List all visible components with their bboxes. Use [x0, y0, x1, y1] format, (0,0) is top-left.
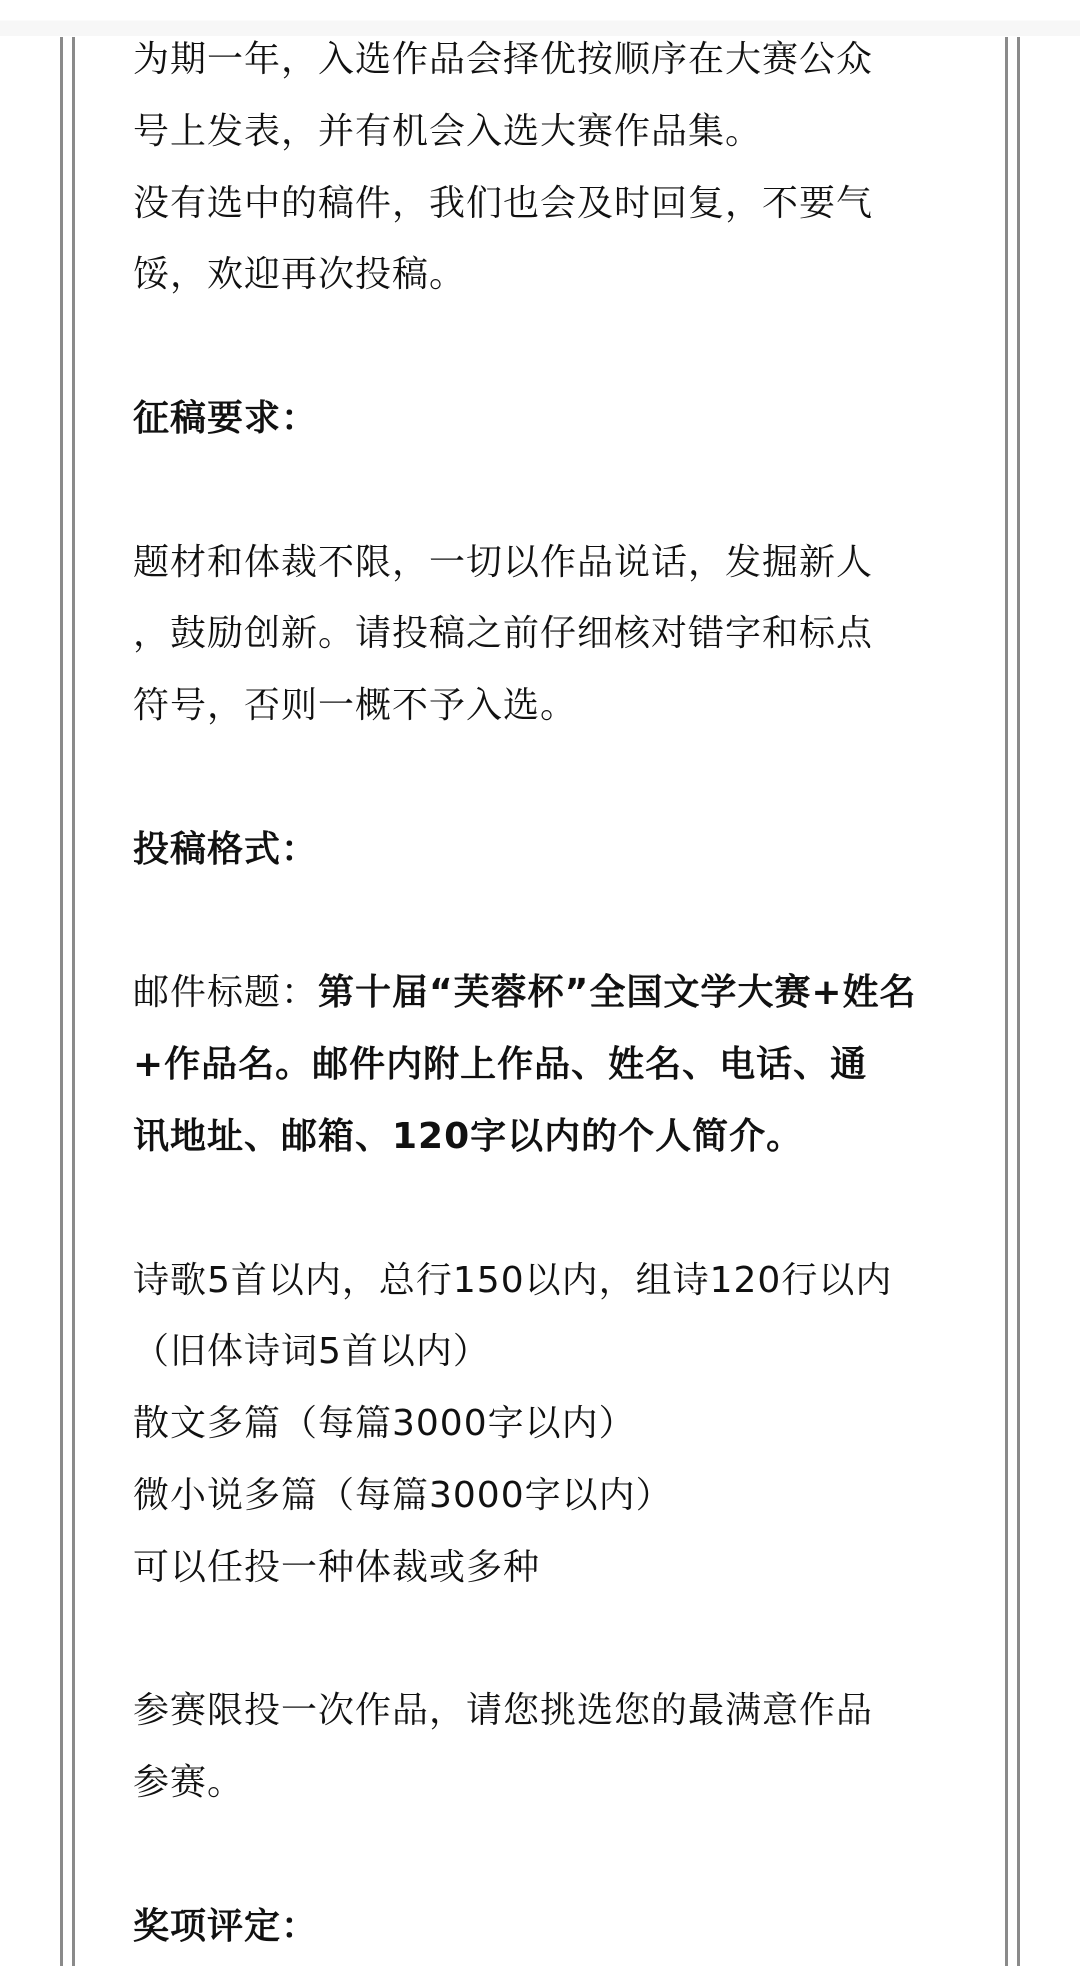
- email-content-line: 讯地址、邮箱、120字以内的个人简介。: [133, 1101, 953, 1173]
- spacer: [133, 311, 953, 383]
- email-subject-format: 第十届“芙蓉杯”全国文学大赛+姓名: [318, 972, 917, 1013]
- genre-line-classical-poetry: （旧体诗词5首以内）: [133, 1316, 953, 1388]
- left-outer-border: [60, 37, 63, 1966]
- genre-line-any: 可以任投一种体裁或多种: [133, 1532, 953, 1604]
- format-heading: 投稿格式：: [133, 814, 953, 886]
- intro-line: 没有选中的稿件，我们也会及时回复，不要气: [133, 168, 953, 240]
- submission-limit-line: 参赛。: [133, 1747, 953, 1819]
- requirements-heading: 征稿要求：: [133, 383, 953, 455]
- article-body: 为期一年，入选作品会择优按顺序在大赛公众 号上发表，并有机会入选大赛作品集。 没…: [133, 24, 953, 1963]
- spacer: [133, 886, 953, 958]
- requirements-line: 题材和体裁不限，一切以作品说话，发掘新人: [133, 527, 953, 599]
- spacer: [133, 455, 953, 527]
- right-outer-border: [1017, 37, 1020, 1966]
- intro-line: 号上发表，并有机会入选大赛作品集。: [133, 96, 953, 168]
- requirements-line: ，鼓励创新。请投稿之前仔细核对错字和标点: [133, 598, 953, 670]
- email-content-line: +作品名。邮件内附上作品、姓名、电话、通: [133, 1029, 953, 1101]
- genre-line-poetry: 诗歌5首以内，总行150以内，组诗120行以内: [133, 1245, 953, 1317]
- right-inner-border: [1005, 37, 1008, 1966]
- spacer: [133, 1604, 953, 1676]
- spacer: [133, 1173, 953, 1245]
- genre-line-prose: 散文多篇（每篇3000字以内）: [133, 1388, 953, 1460]
- intro-line: 为期一年，入选作品会择优按顺序在大赛公众: [133, 24, 953, 96]
- awards-heading: 奖项评定：: [133, 1891, 953, 1963]
- left-inner-border: [72, 37, 75, 1966]
- submission-limit-line: 参赛限投一次作品，请您挑选您的最满意作品: [133, 1675, 953, 1747]
- email-subject-line: 邮件标题：第十届“芙蓉杯”全国文学大赛+姓名: [133, 957, 953, 1029]
- email-subject-label: 邮件标题：: [133, 972, 318, 1013]
- requirements-line: 符号，否则一概不予入选。: [133, 670, 953, 742]
- spacer: [133, 742, 953, 814]
- genre-line-micro-fiction: 微小说多篇（每篇3000字以内）: [133, 1460, 953, 1532]
- spacer: [133, 1819, 953, 1891]
- intro-line: 馁，欢迎再次投稿。: [133, 239, 953, 311]
